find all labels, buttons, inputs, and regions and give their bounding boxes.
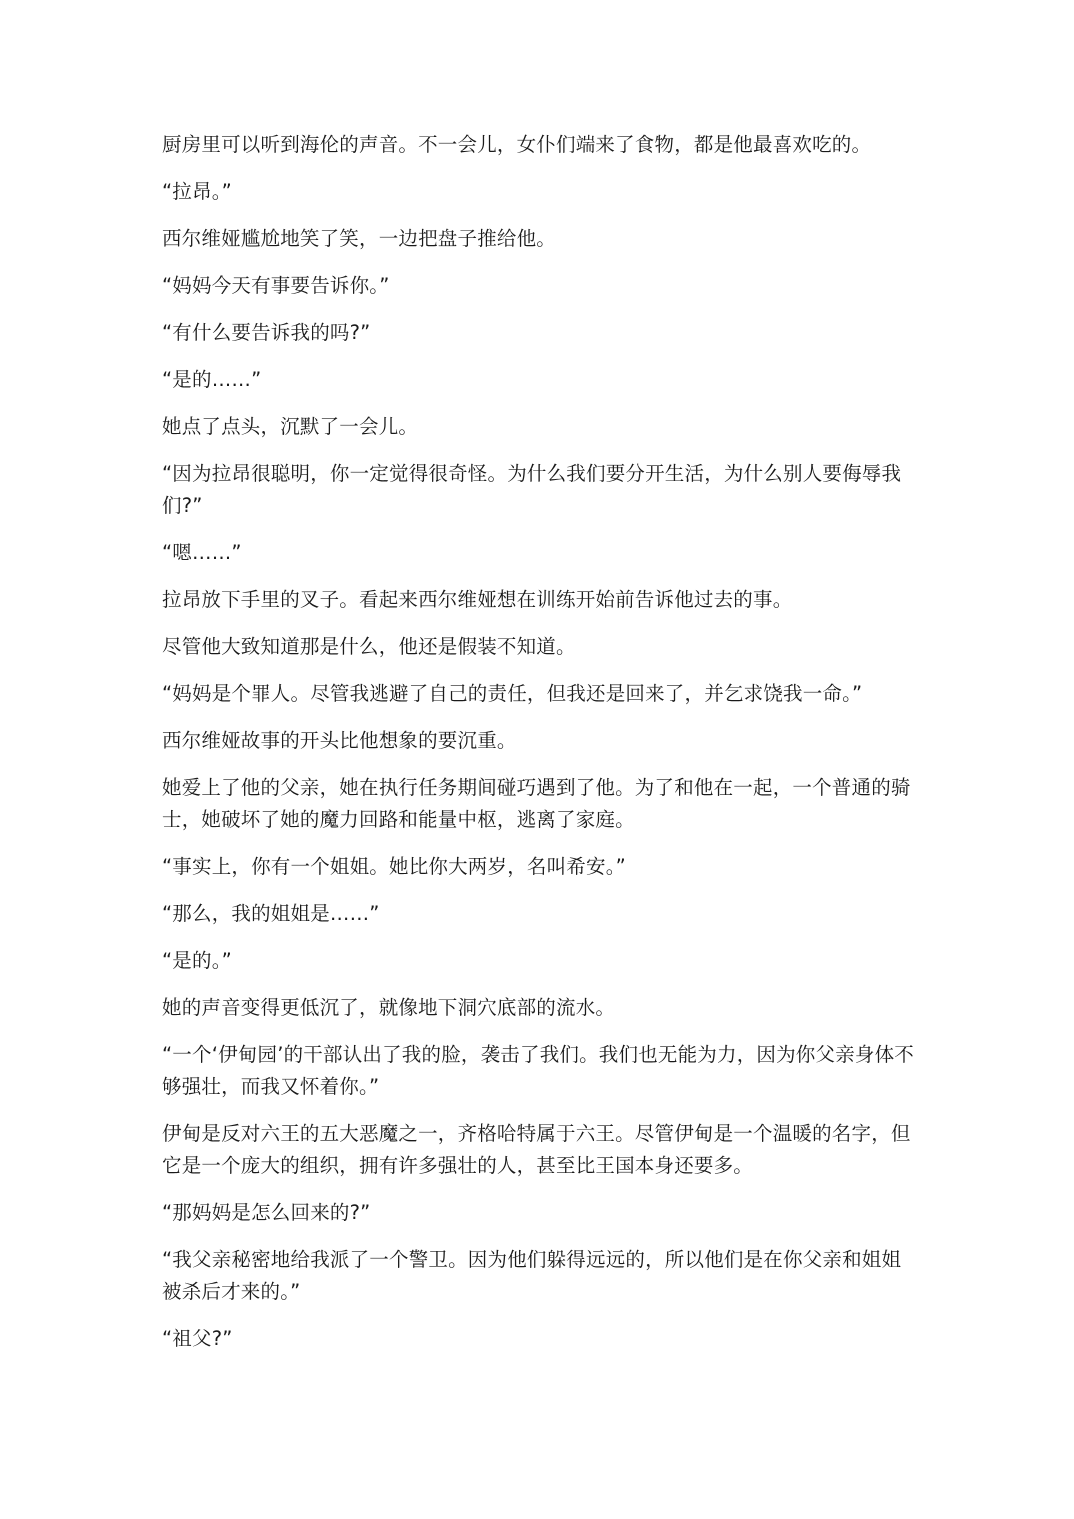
paragraph: 她的声音变得更低沉了，就像地下洞穴底部的流水。 [162, 992, 914, 1024]
paragraph: “有什么要告诉我的吗?” [162, 317, 914, 349]
paragraph: “一个‘伊甸园’的干部认出了我的脸，袭击了我们。我们也无能为力，因为你父亲身体不… [162, 1039, 914, 1103]
document-page: 厨房里可以听到海伦的声音。不一会儿，女仆们端来了食物，都是他最喜欢吃的。 “拉昂… [162, 129, 914, 1370]
paragraph: 厨房里可以听到海伦的声音。不一会儿，女仆们端来了食物，都是他最喜欢吃的。 [162, 129, 914, 161]
paragraph: 拉昂放下手里的叉子。看起来西尔维娅想在训练开始前告诉他过去的事。 [162, 584, 914, 616]
paragraph: “是的……” [162, 364, 914, 396]
paragraph: “妈妈今天有事要告诉你。” [162, 270, 914, 302]
paragraph: “那妈妈是怎么回来的?” [162, 1197, 914, 1229]
paragraph: “嗯……” [162, 537, 914, 569]
paragraph: 西尔维娅尴尬地笑了笑，一边把盘子推给他。 [162, 223, 914, 255]
paragraph: 尽管他大致知道那是什么，他还是假装不知道。 [162, 631, 914, 663]
paragraph: 她爱上了他的父亲，她在执行任务期间碰巧遇到了他。为了和他在一起，一个普通的骑士，… [162, 772, 914, 836]
paragraph: “是的。” [162, 945, 914, 977]
paragraph: “因为拉昂很聪明，你一定觉得很奇怪。为什么我们要分开生活，为什么别人要侮辱我们?… [162, 458, 914, 522]
paragraph: 她点了点头，沉默了一会儿。 [162, 411, 914, 443]
paragraph: “我父亲秘密地给我派了一个警卫。因为他们躲得远远的，所以他们是在你父亲和姐姐被杀… [162, 1244, 914, 1308]
paragraph: 西尔维娅故事的开头比他想象的要沉重。 [162, 725, 914, 757]
paragraph: “祖父?” [162, 1323, 914, 1355]
paragraph: “那么，我的姐姐是……” [162, 898, 914, 930]
paragraph: “事实上，你有一个姐姐。她比你大两岁，名叫希安。” [162, 851, 914, 883]
paragraph: “拉昂。” [162, 176, 914, 208]
paragraph: “妈妈是个罪人。尽管我逃避了自己的责任，但我还是回来了，并乞求饶我一命。” [162, 678, 914, 710]
paragraph: 伊甸是反对六王的五大恶魔之一，齐格哈特属于六王。尽管伊甸是一个温暖的名字，但它是… [162, 1118, 914, 1182]
